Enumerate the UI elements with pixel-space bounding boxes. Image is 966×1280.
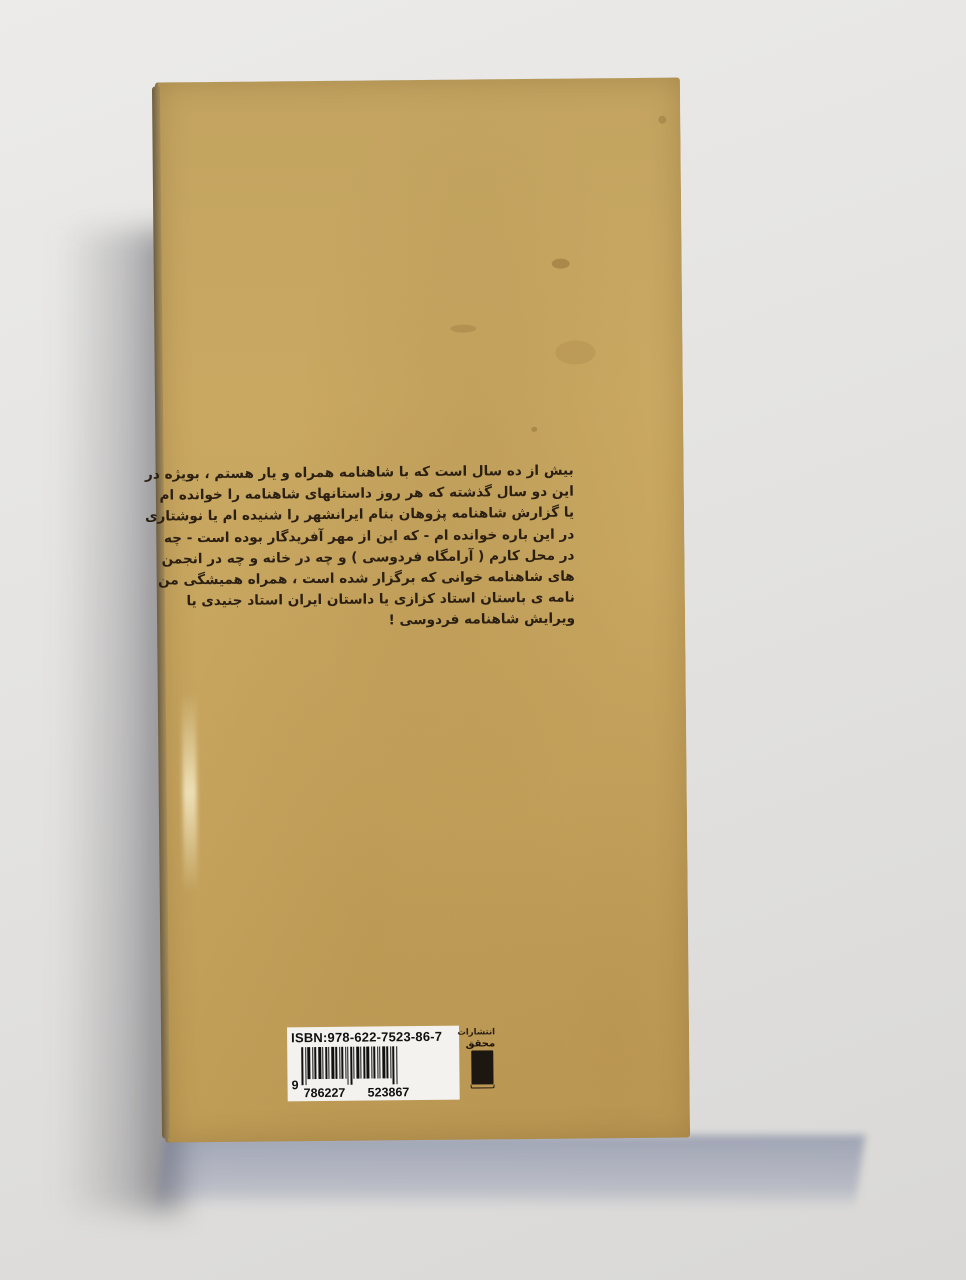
cover-stain: [552, 259, 570, 269]
cover-stain: [450, 324, 476, 332]
publisher-mark: انتشارات محقق: [469, 1027, 496, 1084]
blurb-line: در این باره خوانده ام - که این از مهر آف…: [272, 524, 574, 548]
publisher-label: انتشارات: [469, 1027, 495, 1037]
blurb-line: بیش از ده سال است که با شاهنامه همراه و …: [272, 461, 574, 485]
cover-stain: [555, 340, 595, 364]
cover-glare: [182, 692, 198, 892]
publisher-book-icon: [471, 1050, 493, 1084]
blurb-line: یا گزارش شاهنامه پژوهان بنام ایرانشهر را…: [272, 503, 574, 527]
book-shadow-bottom: [155, 1135, 866, 1210]
cover-stain: [658, 116, 666, 124]
blurb-line: های شاهنامه خوانی که برگزار شده است ، هم…: [273, 567, 575, 591]
back-cover-blurb: بیش از ده سال است که با شاهنامه همراه و …: [272, 461, 576, 634]
isbn-text: ISBN:978-622-7523-86-7: [291, 1029, 455, 1046]
book-back-cover: بیش از ده سال است که با شاهنامه همراه و …: [158, 78, 690, 1143]
blurb-line: در محل کارم ( آرامگاه فردوسی ) و چه در خ…: [272, 545, 574, 569]
publisher-name: محقق: [469, 1038, 495, 1049]
cover-stain: [531, 427, 537, 432]
blurb-line: این دو سال گذشته که هر روز داستانهای شاه…: [272, 482, 574, 506]
blurb-line: ویرایش شاهنامه فردوسی !: [273, 609, 575, 633]
blurb-line: نامه ی باستان استاد کزازی یا داستان ایرا…: [273, 588, 575, 612]
isbn-barcode-sticker: ISBN:978-622-7523-86-7 9 786227 523867: [287, 1026, 460, 1102]
barcode-icon: [301, 1046, 455, 1085]
